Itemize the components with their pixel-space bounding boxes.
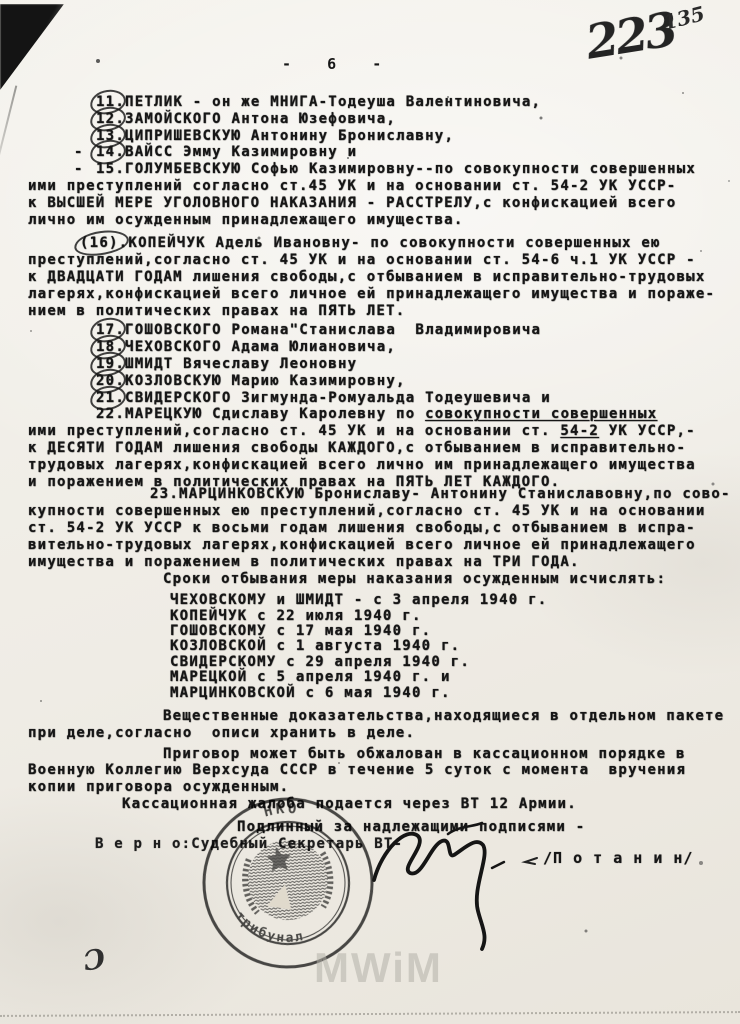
line-text: МАРЦИНКОВСКУЮ Брониславу- Антонину Стани… xyxy=(179,486,731,502)
line-text: Сроки отбывания меры наказания осужденны… xyxy=(163,571,666,587)
line-text: ВАЙСС Эмму Казимировну и xyxy=(125,144,357,160)
line-text: МАРЦИНКОВСКОЙ с 6 мая 1940 г. xyxy=(170,685,451,701)
line-text: ГОШОВСКОГО Романа"Станислава Владимирови… xyxy=(125,322,541,338)
scan-dust-specks xyxy=(0,0,2,2)
line-text: имущества и поражением в политических пр… xyxy=(28,554,580,570)
line-text: нием в политических правах на ПЯТЬ ЛЕТ. xyxy=(28,303,405,319)
text-line: Сроки отбывания меры наказания осужденны… xyxy=(0,571,740,588)
item-number: 21. xyxy=(96,390,125,407)
text-line: трудовых лагерях,конфискацией всего личн… xyxy=(0,457,740,474)
scan-bottom-edge xyxy=(0,1011,740,1017)
line-text: СВИДЕРСКОГО Зигмунда-Ромуальда Тодеушеви… xyxy=(125,390,551,406)
line-text: к ДВАДЦАТИ ГОДАМ лишения свободы,с отбыв… xyxy=(28,269,706,285)
line-text: купности совершенных ею преступлений,сог… xyxy=(28,503,706,519)
line-text: УК УССР,- xyxy=(599,423,696,439)
line-text: СВИДЕРСКОМУ с 29 апреля 1940 г. xyxy=(170,654,470,670)
text-line: лагерях,конфискацией всего личное ей при… xyxy=(0,286,740,303)
line-text: КОЗЛОВСКУЮ Марию Казимировну, xyxy=(125,373,406,389)
text-line: при деле,согласно описи хранить в деле. xyxy=(0,725,740,742)
line-text: Вещественные доказательства,находящиеся … xyxy=(163,708,724,724)
underlined-text: совокупности совершенных xyxy=(425,406,657,422)
text-line: МАРЕЦКОЙ с 5 апреля 1940 г. и xyxy=(0,670,740,685)
text-line: ЧЕХОВСКОМУ и ШМИДТ - с 3 апреля 1940 г. xyxy=(0,593,740,608)
text-line: ст. 54-2 УК УССР к восьми годам лишения … xyxy=(0,520,740,537)
text-line: имущества и поражением в политических пр… xyxy=(0,554,740,571)
text-line: купности совершенных ею преступлений,сог… xyxy=(0,503,740,520)
text-line: вительно-трудовых лагерях,конфискацией в… xyxy=(0,537,740,554)
handwritten-mark: Ɔ xyxy=(82,946,108,975)
line-text: ЧЕХОВСКОГО Адама Юлиановича, xyxy=(125,339,396,355)
line-text: к ДЕСЯТИ ГОДАМ лишения свободы КАЖДОГО,с… xyxy=(28,440,686,456)
line-text: вительно-трудовых лагерях,конфискацией в… xyxy=(28,537,696,553)
text-line: к ДВАДЦАТИ ГОДАМ лишения свободы,с отбыв… xyxy=(0,269,740,286)
scan-corner-artifact xyxy=(0,4,64,90)
line-text: КОЗЛОВСКОЙ с 1 августа 1940 г. xyxy=(170,638,460,654)
text-line: (16).КОПЕЙЧУК Адель Ивановну- по совокуп… xyxy=(0,235,740,252)
line-text: КОПЕЙЧУК Адель Ивановну- по совокупности… xyxy=(128,235,660,251)
line-text: ими преступлений,согласно ст. 45 УК и на… xyxy=(28,423,560,439)
line-text: копии приговора осужденным. xyxy=(28,779,289,795)
line-text: ГОЛУМБЕВСКУЮ Софью Казимировну--по совок… xyxy=(125,161,696,177)
text-line: ими преступлений,согласно ст. 45 УК и на… xyxy=(0,423,740,440)
text-line: МАРЦИНКОВСКОЙ с 6 мая 1940 г. xyxy=(0,686,740,701)
line-text: МАРЕЦКОЙ с 5 апреля 1940 г. и xyxy=(170,669,451,685)
text-line: к ВЫСШЕЙ МЕРЕ УГОЛОВНОГО НАКАЗАНИЯ - РАС… xyxy=(0,195,740,212)
line-text: ГОШОВСКОМУ с 17 мая 1940 г. xyxy=(170,623,431,639)
text-line: к ДЕСЯТИ ГОДАМ лишения свободы КАЖДОГО,с… xyxy=(0,440,740,457)
line-text: ЦИПРИШЕВСКУЮ Антонину Брониславну, xyxy=(125,128,454,144)
text-line: -14.ВАЙСС Эмму Казимировну и xyxy=(0,144,740,161)
line-text: ПЕТЛИК - он же МНИГА-Тодеуша Валентинови… xyxy=(125,94,541,110)
item-number: 14. xyxy=(96,144,125,161)
line-text: лагерях,конфискацией всего личное ей при… xyxy=(28,286,715,302)
line-text: Военную Коллегию Верхсуда СССР в течение… xyxy=(28,762,686,778)
text-line: СВИДЕРСКОМУ с 29 апреля 1940 г. xyxy=(0,655,740,670)
line-text: ст. 54-2 УК УССР к восьми годам лишения … xyxy=(28,520,696,536)
page-number: - 6 - xyxy=(282,56,381,72)
line-text: преступлений,согласно ст. 45 УК и на осн… xyxy=(28,252,696,268)
line-text: КОПЕЙЧУК с 22 июля 1940 г. xyxy=(170,608,422,624)
underlined-text: 54-2 xyxy=(560,423,599,439)
text-line: КОЗЛОВСКОЙ с 1 августа 1940 г. xyxy=(0,639,740,654)
line-text: ШМИДТ Вячеславу Леоновну xyxy=(125,356,357,372)
line-text: трудовых лагерях,конфискацией всего личн… xyxy=(28,457,696,473)
item-number: (16). xyxy=(80,235,128,252)
item-number: 15. xyxy=(96,161,125,178)
pen-tick xyxy=(521,855,539,867)
text-line: преступлений,согласно ст. 45 УК и на осн… xyxy=(0,252,740,269)
text-line: ими преступлений согласно ст.45 УК и на … xyxy=(0,178,740,195)
line-text: лично им осужденным принадлежащего имуще… xyxy=(28,212,464,228)
text-line: Вещественные доказательства,находящиеся … xyxy=(0,708,740,725)
scanned-document-page: - 6 - 223 135 11.ПЕТЛИК - он же МНИГА-То… xyxy=(0,0,740,1024)
text-line: 22.МАРЕЦКУЮ Сдиславу Каролевну по совоку… xyxy=(0,406,740,423)
item-number: 23. xyxy=(150,486,179,503)
handwritten-dash: - xyxy=(74,144,84,161)
typewritten-text: 11.ПЕТЛИК - он же МНИГА-Тодеуша Валентин… xyxy=(0,94,740,836)
line-text: при деле,согласно описи хранить в деле. xyxy=(28,725,415,741)
line-text: ЧЕХОВСКОМУ и ШМИДТ - с 3 апреля 1940 г. xyxy=(170,592,547,608)
text-line: Военную Коллегию Верхсуда СССР в течение… xyxy=(0,762,740,779)
text-line: 23.МАРЦИНКОВСКУЮ Брониславу- Антонину Ст… xyxy=(0,486,740,503)
text-line: копии приговора осужденным. xyxy=(0,779,740,796)
secretary-name: /П о т а н и н/ xyxy=(543,850,693,866)
text-line: -15.ГОЛУМБЕВСКУЮ Софью Казимировну--по с… xyxy=(0,161,740,178)
handwritten-dash: - xyxy=(74,161,84,178)
line-text: МАРЕЦКУЮ Сдиславу Каролевну по xyxy=(125,406,425,422)
text-line: Приговор может быть обжалован в кассацио… xyxy=(0,746,740,763)
item-number: 22. xyxy=(96,406,125,423)
line-text: Приговор может быть обжалован в кассацио… xyxy=(163,746,686,762)
text-line: 21.СВИДЕРСКОГО Зигмунда-Ромуальда Тодеуш… xyxy=(0,390,740,407)
text-line: КОПЕЙЧУК с 22 июля 1940 г. xyxy=(0,609,740,624)
text-line: лично им осужденным принадлежащего имуще… xyxy=(0,212,740,229)
stamp-coat-of-arms xyxy=(242,836,334,923)
watermark: MWiM xyxy=(314,946,443,990)
line-text: к ВЫСШЕЙ МЕРЕ УГОЛОВНОГО НАКАЗАНИЯ - РАС… xyxy=(28,195,676,211)
signature-scrawl xyxy=(364,816,520,952)
line-text: ими преступлений согласно ст.45 УК и на … xyxy=(28,178,676,194)
line-text: ЗАМОЙСКОГО Антона Юзефовича, xyxy=(125,111,396,127)
